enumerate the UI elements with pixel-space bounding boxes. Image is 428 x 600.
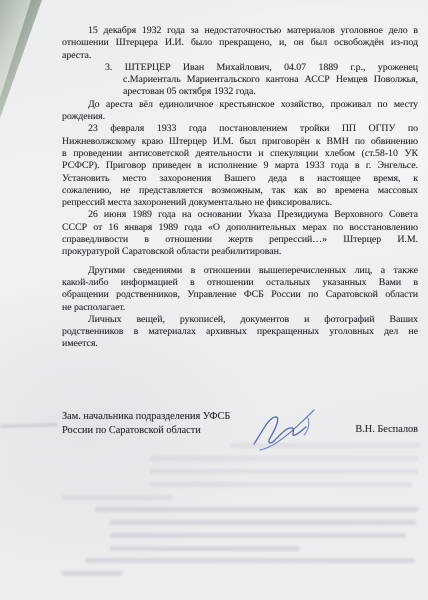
bleed-through-line	[62, 495, 172, 500]
signature-block: Зам. начальника подразделения УФСБ Росси…	[62, 410, 418, 438]
document-text: 15 декабря 1932 года за недостаточностью…	[62, 25, 418, 351]
document-line: в проведении антисоветской деятельности …	[62, 148, 418, 160]
document-line: обращении родственников, Управление ФСБ …	[62, 289, 418, 301]
document-line: арестован 05 октября 1932 года.	[62, 86, 418, 98]
document-line: СССР от 16 января 1989 года «О дополните…	[62, 222, 418, 234]
paper-crease	[0, 423, 58, 428]
document-line: Установить место захоронения Вашего деда…	[62, 173, 418, 185]
document-line: отношении Штерцера И.И. было прекращено,…	[62, 37, 418, 49]
document-line: репрессий места захоронений документальн…	[62, 197, 418, 209]
document-line: 26 июня 1989 года на основании Указа Пре…	[62, 209, 418, 221]
document-line: До ареста вёл единоличное крестьянское х…	[62, 99, 418, 111]
bleed-through-line	[150, 456, 418, 461]
document-line: Другими сведениями в отношении вышепереч…	[62, 265, 418, 277]
document-line: РСФСР). Приговор приведен в исполнение 9…	[62, 160, 418, 172]
document-line: родственников в материалах архивных прек…	[62, 326, 418, 338]
document-line: прокуратурой Саратовской области реабили…	[62, 246, 418, 258]
document-line: 23 февраля 1933 года постановлением трой…	[62, 123, 418, 135]
bleed-through-line	[230, 443, 420, 448]
document-line: сожалению, не представляется возможным, …	[62, 185, 418, 197]
handwritten-signature	[248, 404, 326, 456]
document-line: Нижневолжскому краю Штерцер И.М. был при…	[62, 136, 418, 148]
document-line: какой-либо информацией в отношении остал…	[62, 277, 418, 289]
scanned-letter-page: 15 декабря 1932 года за недостаточностью…	[0, 0, 428, 600]
document-line: справедливости в отношении жертв репресс…	[62, 234, 418, 246]
bleed-through-line	[150, 469, 418, 474]
bleed-through-line	[110, 546, 300, 551]
bleed-through-line	[95, 507, 418, 512]
document-line: 15 декабря 1932 года за недостаточностью…	[62, 25, 418, 37]
document-line: не располагает.	[62, 302, 418, 314]
document-line: имеется.	[62, 338, 418, 350]
bleed-through-line	[62, 571, 122, 576]
signer-name: В.Н. Беспалов	[355, 423, 418, 437]
document-line: 3. ШТЕРЦЕР Иван Михайлович, 04.07 1889 г…	[62, 62, 418, 74]
document-line: Личных вещей, рукописей, документов и фо…	[62, 314, 418, 326]
bleed-through-line	[85, 558, 415, 563]
bleed-through-line	[150, 482, 412, 487]
document-line: рождения.	[62, 111, 418, 123]
bleed-through-line	[110, 533, 406, 538]
document-line: с.Мариенталь Мариентальского кантона АСС…	[62, 74, 418, 86]
document-line: ареста.	[62, 50, 418, 62]
bleed-through-line	[110, 520, 416, 525]
